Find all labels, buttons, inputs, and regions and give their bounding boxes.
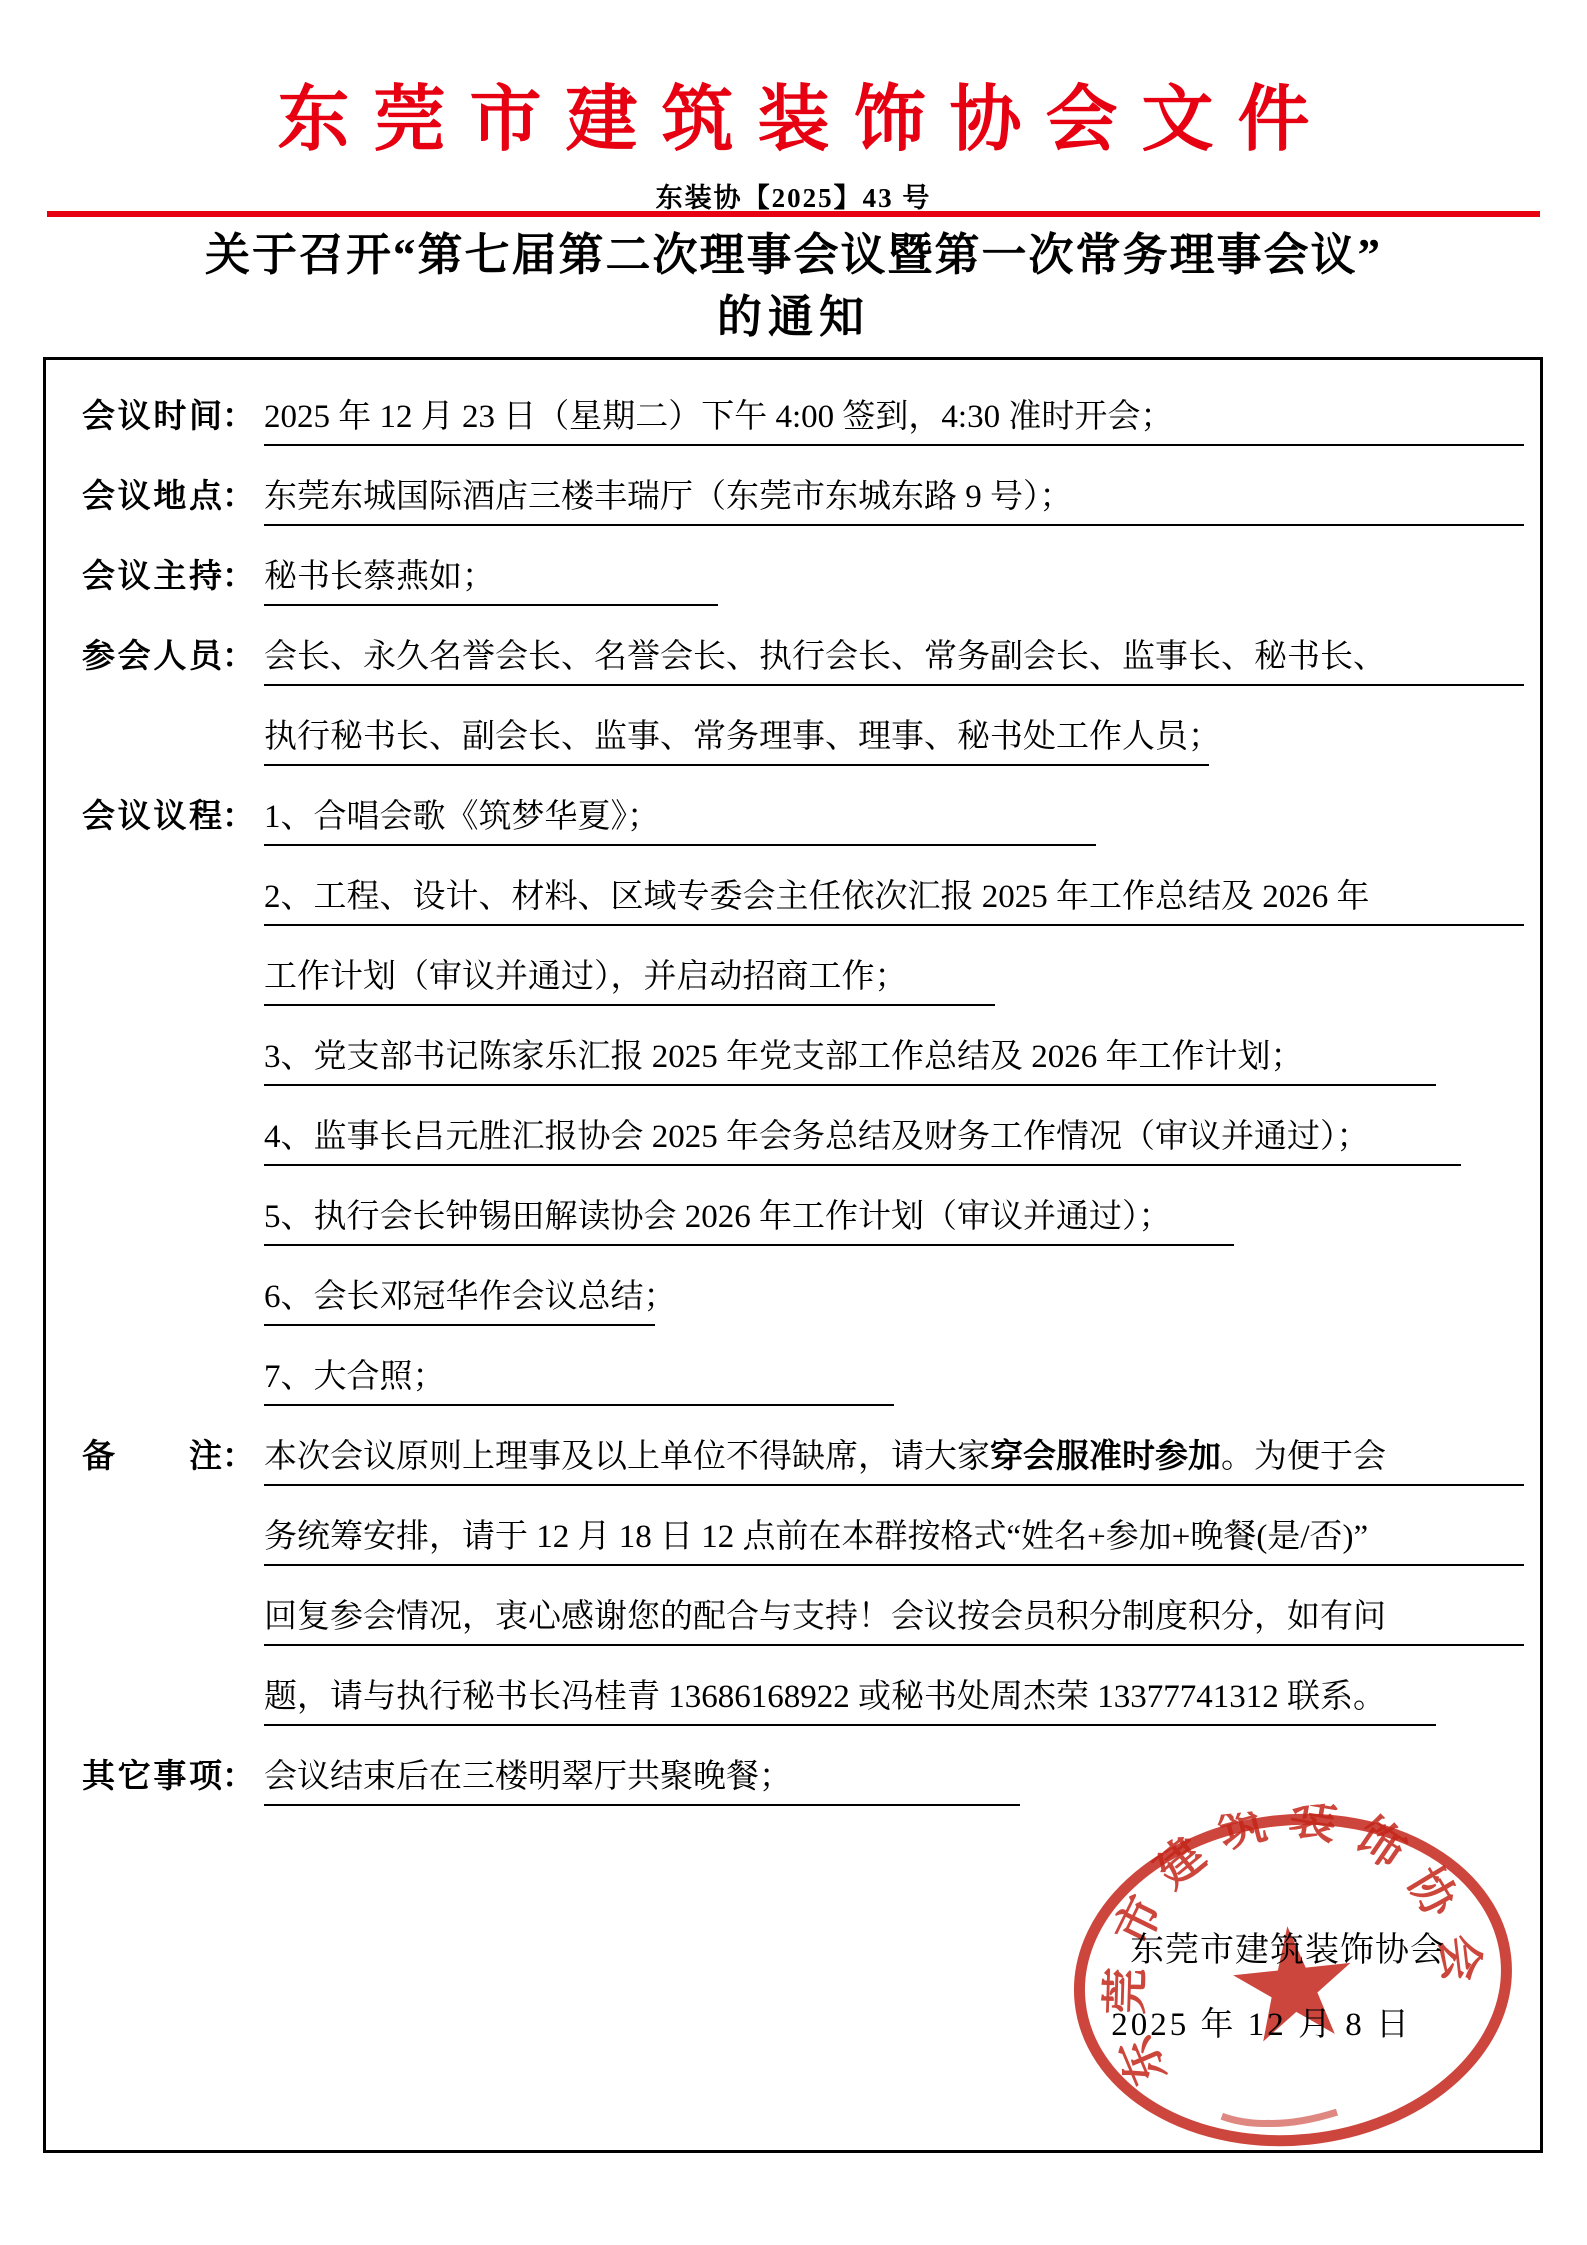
field-value: 秘书长蔡燕如；: [264, 554, 1524, 634]
agenda-item: 4、监事长吕元胜汇报协会 2025 年会务总结及财务工作情况（审议并通过）；: [264, 1114, 1461, 1166]
remarks-line: 回复参会情况，衷心感谢您的配合与支持！会议按会员积分制度积分，如有问: [264, 1594, 1524, 1646]
field-label-text: 会议时间: [82, 394, 222, 440]
label-colon: ：: [222, 1754, 262, 1800]
field-label-text: 其它事项: [82, 1754, 222, 1800]
agenda-item: 3、党支部书记陈家乐汇报 2025 年党支部工作总结及 2026 年工作计划；: [264, 1034, 1436, 1086]
field-label: 参会人员：: [82, 634, 264, 680]
remarks-text: 本次会议原则上理事及以上单位不得缺席，请大家: [264, 1439, 990, 1475]
agenda-item: 7、大合照；: [264, 1354, 894, 1406]
field-label-text: 参会人员: [82, 634, 222, 680]
field-value: 2025 年 12 月 23 日（星期二）下午 4:00 签到，4:30 准时开…: [264, 394, 1524, 474]
signature-date: 2025 年 12 月 8 日: [1111, 1998, 1412, 2045]
field-row-agenda: 会议议程： 1、合唱会歌《筑梦华夏》； 2、工程、设计、材料、区域专委会主任依次…: [82, 794, 1524, 1434]
stamp-svg: 东莞市建筑装饰协会: [1041, 1784, 1544, 2176]
host-value: 秘书长蔡燕如；: [264, 554, 718, 606]
attendees-line: 会长、永久名誉会长、名誉会长、执行会长、常务副会长、监事长、秘书长、: [264, 634, 1524, 686]
doc-number: 东装协【2025】43 号: [0, 176, 1587, 215]
field-label: 备注：: [82, 1434, 264, 1480]
field-row-attendees: 参会人员： 会长、永久名誉会长、名誉会长、执行会长、常务副会长、监事长、秘书长、…: [82, 634, 1524, 794]
field-label-text: 会议主持: [82, 554, 222, 600]
agenda-item: 1、合唱会歌《筑梦华夏》；: [264, 794, 1096, 846]
agenda-item: 工作计划（审议并通过），并启动招商工作；: [264, 954, 995, 1006]
label-colon: ：: [222, 1434, 262, 1480]
remarks-line: 务统筹安排，请于 12 月 18 日 12 点前在本群按格式“姓名+参加+晚餐(…: [264, 1514, 1524, 1566]
field-value: 会长、永久名誉会长、名誉会长、执行会长、常务副会长、监事长、秘书长、 执行秘书长…: [264, 634, 1524, 794]
field-label: 会议议程：: [82, 794, 264, 840]
stamp-serial-mark: [1222, 2104, 1338, 2129]
field-label: 会议地点：: [82, 474, 264, 520]
remarks-line: 本次会议原则上理事及以上单位不得缺席，请大家穿会服准时参加。为便于会: [264, 1434, 1524, 1486]
agenda-item: 2、工程、设计、材料、区域专委会主任依次汇报 2025 年工作总结及 2026 …: [264, 874, 1524, 926]
field-row-location: 会议地点： 东莞东城国际酒店三楼丰瑞厅（东莞市东城东路 9 号）；: [82, 474, 1524, 554]
label-colon: ：: [222, 554, 262, 600]
notice-title-line2: 的通知: [0, 290, 1587, 344]
field-value: 东莞东城国际酒店三楼丰瑞厅（东莞市东城东路 9 号）；: [264, 474, 1524, 554]
label-colon: ：: [222, 794, 262, 840]
meeting-time-value: 2025 年 12 月 23 日（星期二）下午 4:00 签到，4:30 准时开…: [264, 394, 1524, 446]
field-value: 本次会议原则上理事及以上单位不得缺席，请大家穿会服准时参加。为便于会 务统筹安排…: [264, 1434, 1524, 1754]
label-colon: ：: [222, 474, 262, 520]
red-divider: [47, 211, 1540, 217]
label-colon: ：: [222, 394, 262, 440]
field-row-host: 会议主持： 秘书长蔡燕如；: [82, 554, 1524, 634]
field-label: 其它事项：: [82, 1754, 264, 1800]
other-value: 会议结束后在三楼明翠厅共聚晚餐；: [264, 1754, 1020, 1806]
signature-org-name: 东莞市建筑装饰协会: [1130, 1922, 1445, 1971]
field-label: 会议时间：: [82, 394, 264, 440]
field-label: 会议主持：: [82, 554, 264, 600]
field-row-remarks: 备注： 本次会议原则上理事及以上单位不得缺席，请大家穿会服准时参加。为便于会 务…: [82, 1434, 1524, 1754]
remarks-bold-text: 穿会服准时参加: [990, 1439, 1221, 1475]
attendees-line: 执行秘书长、副会长、监事、常务理事、理事、秘书处工作人员；: [264, 714, 1209, 766]
remarks-text: 。为便于会: [1221, 1439, 1386, 1475]
field-label-text: 会议议程: [82, 794, 222, 840]
location-value: 东莞东城国际酒店三楼丰瑞厅（东莞市东城东路 9 号）；: [264, 474, 1524, 526]
agenda-item: 6、会长邓冠华作会议总结；: [264, 1274, 655, 1326]
document-page: 东莞市建筑装饰协会文件 东装协【2025】43 号 关于召开“第七届第二次理事会…: [0, 0, 1587, 2245]
remarks-line: 题，请与执行秘书长冯桂青 13686168922 或秘书处周杰荣 1337774…: [264, 1674, 1436, 1726]
label-colon: ：: [222, 634, 262, 680]
org-title: 东莞市建筑装饰协会文件: [0, 74, 1587, 166]
agenda-item: 5、执行会长钟锡田解读协会 2026 年工作计划（审议并通过）；: [264, 1194, 1234, 1246]
field-label-text: 备注: [82, 1434, 222, 1480]
content-box: 会议时间： 2025 年 12 月 23 日（星期二）下午 4:00 签到，4:…: [43, 357, 1543, 2153]
official-seal-stamp: 东莞市建筑装饰协会: [1041, 1784, 1544, 2176]
field-label-text: 会议地点: [82, 474, 222, 520]
field-value: 1、合唱会歌《筑梦华夏》； 2、工程、设计、材料、区域专委会主任依次汇报 202…: [264, 794, 1524, 1434]
field-row-meeting-time: 会议时间： 2025 年 12 月 23 日（星期二）下午 4:00 签到，4:…: [82, 394, 1524, 474]
notice-title-line1: 关于召开“第七届第二次理事会议暨第一次常务理事会议”: [0, 228, 1587, 282]
